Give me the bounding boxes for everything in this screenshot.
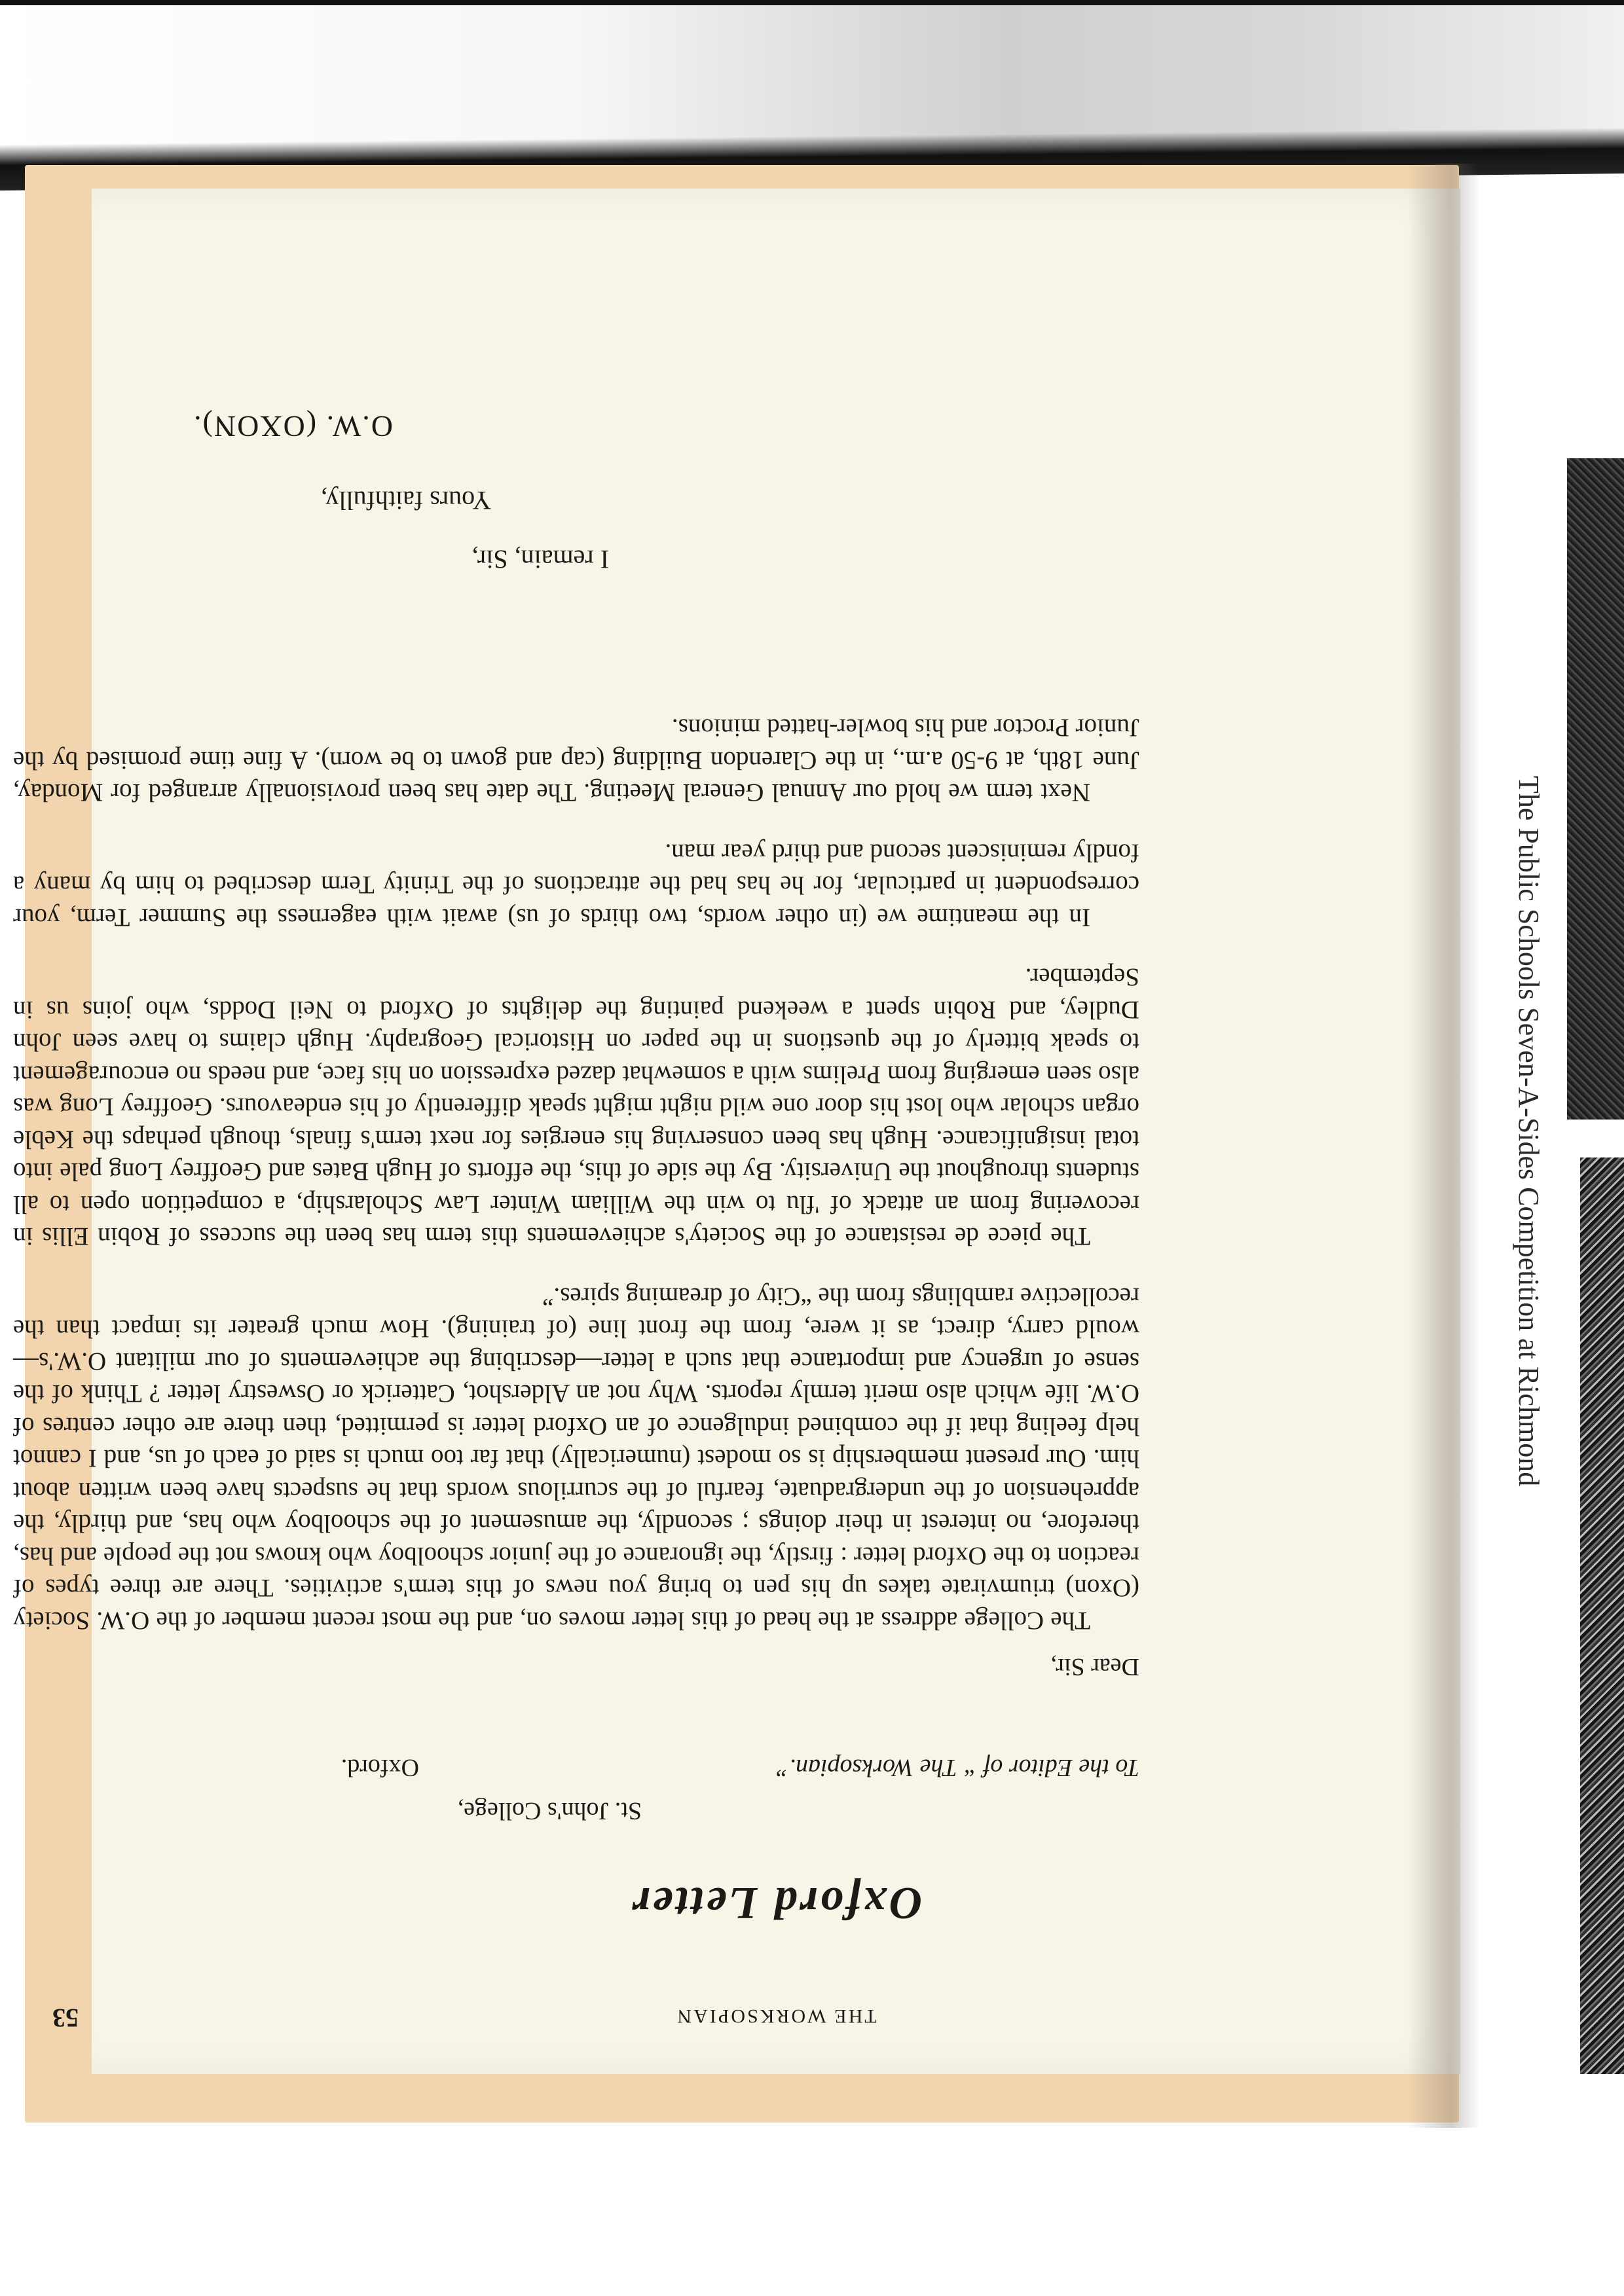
photo-image: [1567, 458, 1624, 1120]
addressee: To the Editor of “ The Worksopian.”: [775, 1753, 1139, 1782]
page-content-upside-down: THE WORKSOPIAN 53 Oxford Letter St. John…: [92, 189, 1460, 2074]
closing-yours: Yours faithfully,: [321, 485, 491, 516]
article-title: Oxford Letter: [92, 1876, 1460, 1929]
closing-remain: I remain, Sir,: [472, 544, 609, 575]
signature: O.W. (OXON).: [193, 409, 393, 444]
sender-college: St. John's College,: [458, 1796, 642, 1825]
paragraph: Next term we hold our Annual General Mee…: [13, 712, 1139, 809]
photo-image: [1580, 1157, 1624, 2074]
scanner-edge: [0, 0, 1624, 5]
photo-caption: The Public Schools Seven-A-Sides Competi…: [1512, 776, 1545, 1486]
salutation: Dear Sir,: [1050, 1652, 1139, 1681]
paragraph: The College address at the head of this …: [13, 1281, 1139, 1637]
sender-city: Oxford.: [341, 1753, 419, 1782]
paragraph: In the meantime we (in other words, two …: [13, 837, 1139, 934]
running-head: THE WORKSOPIAN: [92, 2005, 1460, 2027]
page-number: 53: [0, 2003, 79, 2033]
gutter-shadow: [1408, 164, 1480, 2128]
letter-body: The College address at the head of this …: [13, 684, 1139, 1637]
paragraph: The piece de resistance of the Society's…: [13, 961, 1139, 1253]
